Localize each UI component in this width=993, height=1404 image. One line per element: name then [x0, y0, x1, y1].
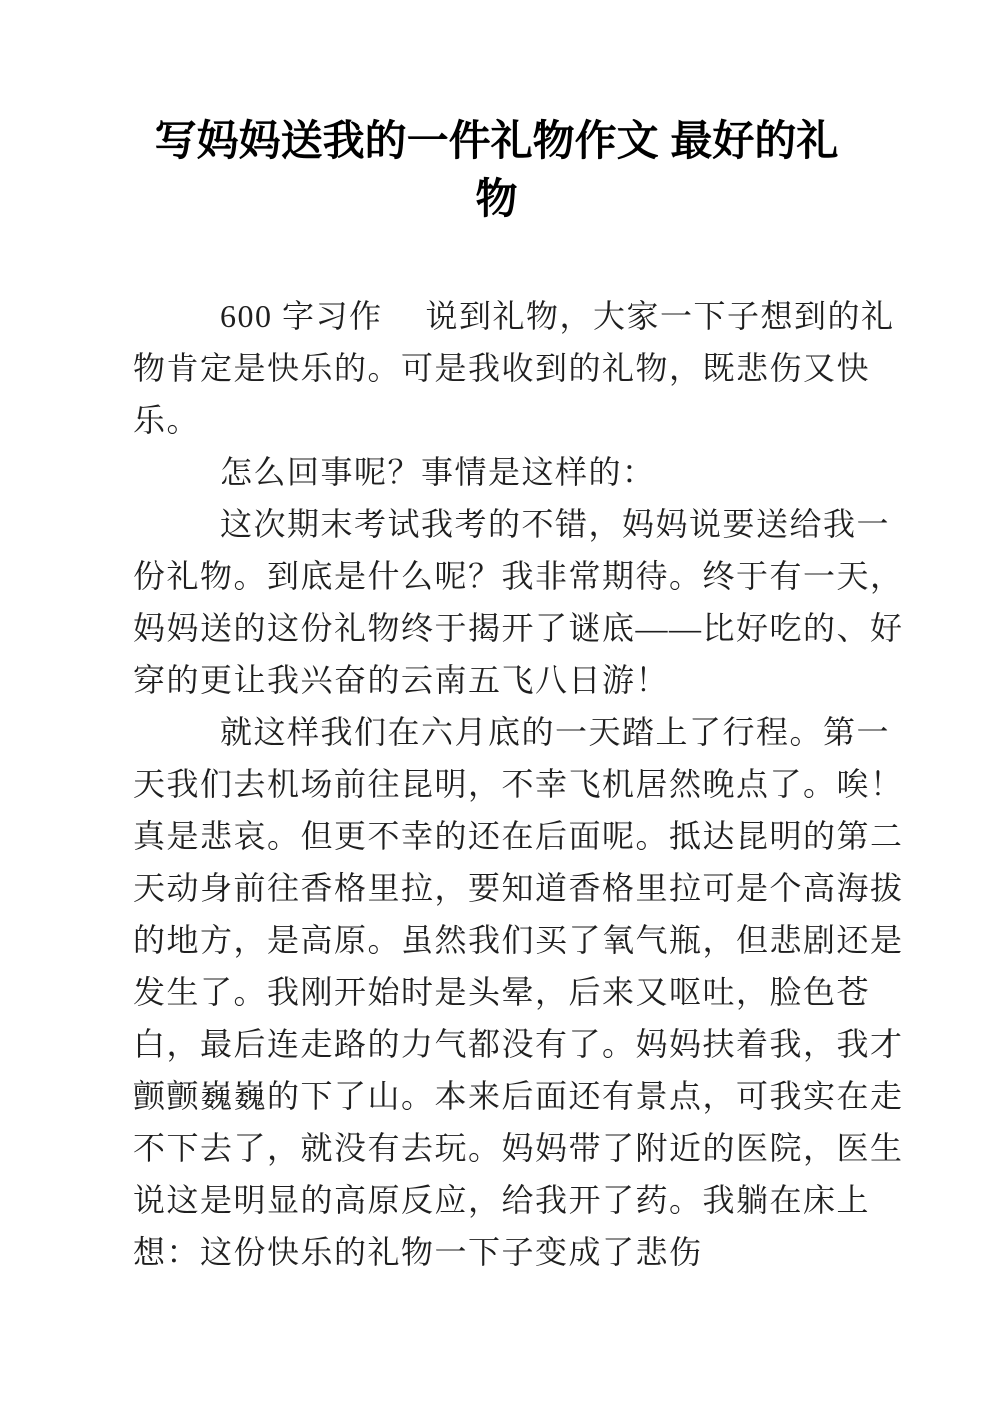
paragraph-gift-reveal: 这次期末考试我考的不错，妈妈说要送给我一份礼物。到底是什么呢？我非常期待。终于有… [133, 498, 905, 706]
document-page: 写妈妈送我的一件礼物作文 最好的礼物 600 字习作 说到礼物，大家一下子想到的… [0, 0, 993, 1404]
paragraph-trip-story: 就这样我们在六月底的一天踏上了行程。第一天我们去机场前往昆明，不幸飞机居然晚点了… [133, 706, 905, 1278]
document-title: 写妈妈送我的一件礼物作文 最好的礼物 [145, 112, 849, 228]
document-body: 600 字习作 说到礼物，大家一下子想到的礼物肯定是快乐的。可是我收到的礼物，既… [133, 290, 905, 1278]
paragraph-intro: 600 字习作 说到礼物，大家一下子想到的礼物肯定是快乐的。可是我收到的礼物，既… [133, 290, 905, 446]
paragraph-question: 怎么回事呢？事情是这样的： [133, 446, 905, 498]
